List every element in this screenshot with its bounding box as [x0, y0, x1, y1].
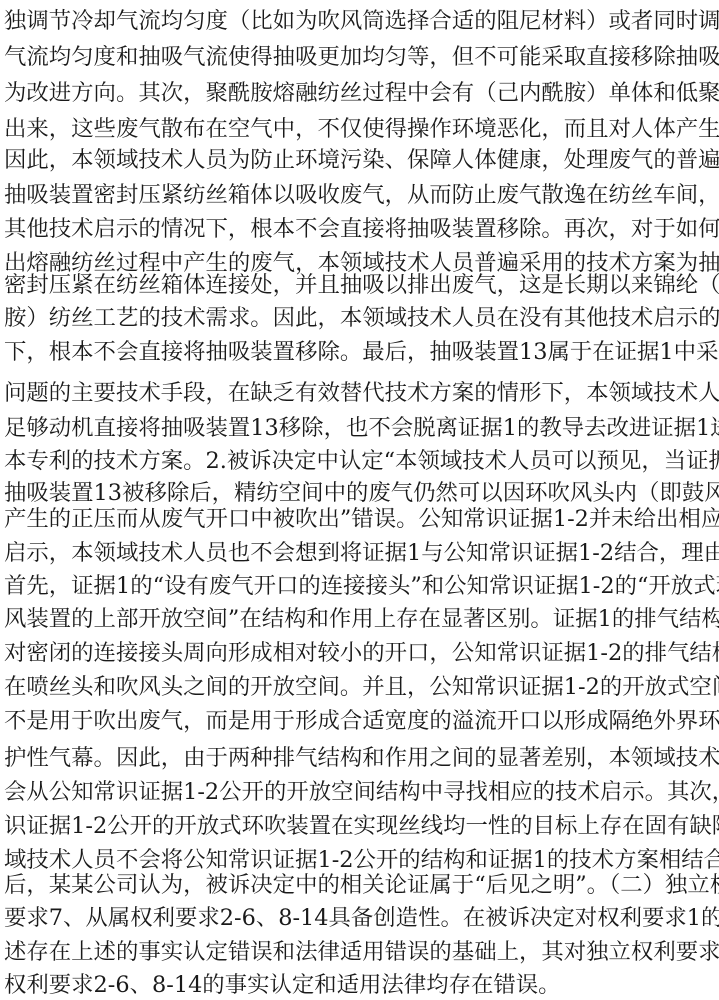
text-line: 密封压紧在纺丝箱体连接处，并且抽吸以排出废气，这是长期以来锦纶（聚酰	[4, 270, 719, 300]
text-line: 要求7、从属权利要求2-6、8-14具备创造性。在被诉决定对权利要求1的创造性评	[4, 903, 719, 933]
text-line: 权利要求2-6、8-14的事实认定和适用法律均存在错误。	[4, 970, 719, 1000]
text-line: 胺）纺丝工艺的技术需求。因此，本领域技术人员在没有其他技术启示的情况	[4, 303, 719, 333]
text-line: 为改进方向。其次，聚酰胺熔融纺丝过程中会有（己内酰胺）单体和低聚物释放	[4, 78, 719, 108]
text-line: 会从公知常识证据1-2公开的开放空间结构中寻找相应的技术启示。其次，公知常	[4, 777, 719, 807]
text-line: 产生的正压而从废气开口中被吹出”错误。公知常识证据1-2并未给出相应的技术	[4, 504, 719, 534]
text-line: 因此，本领域技术人员为防止环境污染、保障人体健康，处理废气的普遍做法是	[4, 145, 719, 175]
text-line: 启示，本领域技术人员也不会想到将证据1与公知常识证据1-2结合，理由如下：	[4, 538, 719, 568]
text-line: 风装置的上部开放空间”在结构和作用上存在显著区别。证据1的排气结构为在相	[4, 604, 719, 634]
text-line: 独调节冷却气流均匀度（比如为吹风筒选择合适的阻尼材料）或者同时调节冷却	[4, 6, 719, 36]
text-line: 不是用于吹出废气，而是用于形成合适宽度的溢流开口以形成隔绝外界环境的保	[4, 706, 719, 736]
text-line: 问题的主要技术手段，在缺乏有效替代技术方案的情形下，本领域技术人员并无	[4, 378, 719, 408]
text-line: 足够动机直接将抽吸装置13移除，也不会脱离证据1的教导去改进证据1进而得出	[4, 413, 719, 443]
text-line: 气流均匀度和抽吸气流使得抽吸更加均匀等，但不可能采取直接移除抽吸装置作	[4, 42, 719, 72]
text-line: 后，某某公司认为，被诉决定中的相关论证属于“后见之明”。（二）独立权利	[4, 870, 719, 900]
document-page: 独调节冷却气流均匀度（比如为吹风筒选择合适的阻尼材料）或者同时调节冷却 气流均匀…	[0, 0, 719, 1000]
text-line: 述存在上述的事实认定错误和法律适用错误的基础上，其对独立权利要求7、从属	[4, 937, 719, 967]
text-line: 其他技术启示的情况下，根本不会直接将抽吸装置移除。再次，对于如何充分排	[4, 214, 719, 244]
text-line: 识证据1-2公开的开放式环吹装置在实现丝线均一性的目标上存在固有缺陷，本领	[4, 811, 719, 841]
text-line: 首先，证据1的“设有废气开口的连接接头”和公知常识证据1-2的“开放式环吹	[4, 571, 719, 601]
text-line: 在喷丝头和吹风头之间的开放空间。并且，公知常识证据1-2的开放式空间开口并	[4, 672, 719, 702]
text-line: 对密闭的连接接头周向形成相对较小的开口，公知常识证据1-2的排气结构为形成	[4, 638, 719, 668]
text-line: 出来，这些废气散布在空气中，不仅使得操作环境恶化，而且对人体产生危害，	[4, 114, 719, 144]
text-line: 本专利的技术方案。2.被诉决定中认定“本领域技术人员可以预见，当证据1中的	[4, 446, 719, 476]
text-line: 护性气幕。因此，由于两种排气结构和作用之间的显著差别，本领域技术人员不	[4, 743, 719, 773]
text-line: 抽吸装置密封压紧纺丝箱体以吸收废气，从而防止废气散逸在纺丝车间，在没有	[4, 180, 719, 210]
text-line: 下，根本不会直接将抽吸装置移除。最后，抽吸装置13属于在证据1中采取的解决	[4, 337, 719, 367]
